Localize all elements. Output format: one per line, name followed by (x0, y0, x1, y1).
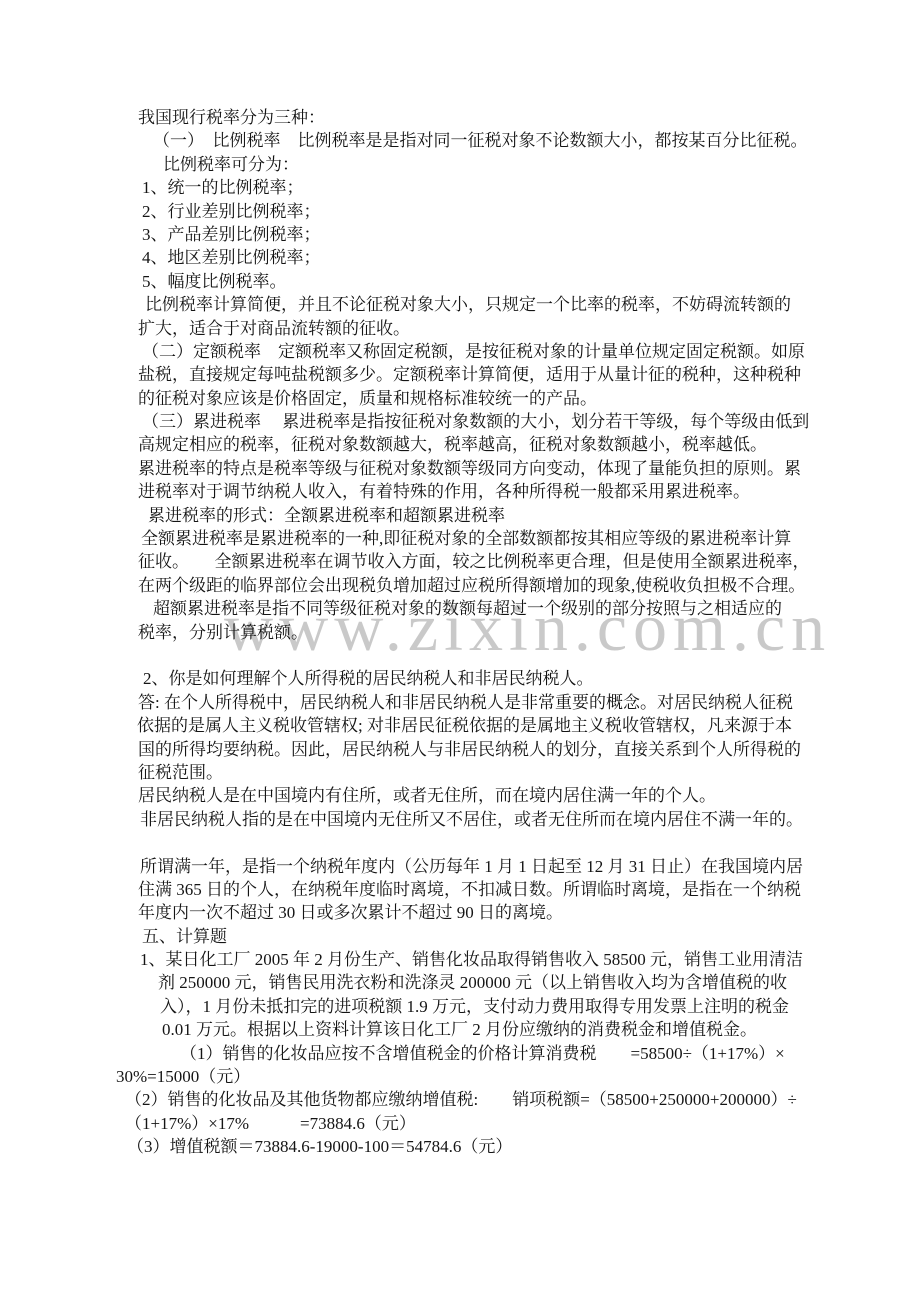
document-text-block: 我国现行税率分为三种：（一） 比例税率 比例税率是是指对同一征税对象不论数额大小… (116, 106, 876, 1159)
text-line: 我国现行税率分为三种： (116, 106, 876, 129)
text-line: （一） 比例税率 比例税率是是指对同一征税对象不论数额大小，都按某百分比征税。 (116, 129, 876, 152)
text-line: 非居民纳税人指的是在中国境内无住所又不居住，或者无住所而在境内居住不满一年的。 (116, 808, 876, 831)
text-line: 的征税对象应该是价格固定，质量和规格标准较统一的产品。 (116, 387, 876, 410)
text-line: 0.01 万元。根据以上资料计算该日化工厂 2 月份应缴纳的消费税金和增值税金。 (116, 1018, 876, 1041)
text-line: 2、你是如何理解个人所得税的居民纳税人和非居民纳税人。 (116, 667, 876, 690)
text-line: 累进税率的形式：全额累进税率和超额累进税率 (116, 504, 876, 527)
text-line (116, 644, 876, 667)
text-line: （1）销售的化妆品应按不含增值税金的价格计算消费税 =58500÷（1+17%）… (116, 1042, 876, 1065)
text-line: （2）销售的化妆品及其他货物都应缴纳增值税: 销项税额=（58500+25000… (116, 1088, 876, 1111)
text-line: 4、地区差别比例税率； (116, 246, 876, 269)
text-line: 高规定相应的税率，征税对象数额越大，税率越高，征税对象数额越小，税率越低。 (116, 433, 876, 456)
text-line: （3）增值税额＝73884.6-19000-100＝54784.6（元） (116, 1135, 876, 1158)
text-line: 全额累进税率是累进税率的一种,即征税对象的全部数额都按其相应等级的累进税率计算 (116, 527, 876, 550)
text-line: 征税范围。 (116, 761, 876, 784)
document-page: www.zixin.com.cn 我国现行税率分为三种：（一） 比例税率 比例税… (0, 0, 920, 1302)
text-line: 扩大，适合于对商品流转额的征收。 (116, 317, 876, 340)
text-line: （三）累进税率 累进税率是指按征税对象数额的大小，划分若干等级，每个等级由低到 (116, 410, 876, 433)
text-line: 在两个级距的临界部位会出现税负增加超过应税所得额增加的现象,使税收负担极不合理。 (116, 574, 876, 597)
text-line: 2、行业差别比例税率； (116, 200, 876, 223)
text-line: 国的所得均要纳税。因此，居民纳税人与非居民纳税人的划分，直接关系到个人所得税的 (116, 738, 876, 761)
text-line: 年度内一次不超过 30 日或多次累计不超过 90 日的离境。 (116, 901, 876, 924)
text-line: 累进税率的特点是税率等级与征税对象数额等级同方向变动，体现了量能负担的原则。累 (116, 457, 876, 480)
text-line: 所谓满一年，是指一个纳税年度内（公历每年 1 月 1 日起至 12 月 31 日… (116, 855, 876, 878)
text-line: 进税率对于调节纳税人收入，有着特殊的作用，各种所得税一般都采用累进税率。 (116, 480, 876, 503)
text-line: 30%=15000（元） (116, 1065, 876, 1088)
text-line: 税率，分别计算税额。 (116, 621, 876, 644)
text-line: 居民纳税人是在中国境内有住所，或者无住所，而在境内居住满一年的个人。 (116, 784, 876, 807)
text-line: 盐税，直接规定每吨盐税额多少。定额税率计算简便，适用于从量计征的税种，这种税种 (116, 363, 876, 386)
text-line: 五、计算题 (116, 925, 876, 948)
text-line: 5、幅度比例税率。 (116, 270, 876, 293)
text-line: 入），1 月份未抵扣完的进项税额 1.9 万元，支付动力费用取得专用发票上注明的… (116, 995, 876, 1018)
text-line: （1+17%）×17% =73884.6（元） (116, 1112, 876, 1135)
text-line: 剂 250000 元，销售民用洗衣粉和洗涤灵 200000 元（以上销售收入均为… (116, 971, 876, 994)
text-line: 征收。 全额累进税率在调节收入方面，较之比例税率更合理，但是使用全额累进税率， (116, 550, 876, 573)
text-line: 比例税率计算简便，并且不论征税对象大小，只规定一个比率的税率，不妨碍流转额的 (116, 293, 876, 316)
text-line (116, 831, 876, 854)
text-line: 比例税率可分为： (116, 153, 876, 176)
text-line: 住满 365 日的个人，在纳税年度临时离境，不扣减日数。所谓临时离境，是指在一个… (116, 878, 876, 901)
text-line: 3、产品差别比例税率； (116, 223, 876, 246)
text-line: 超额累进税率是指不同等级征税对象的数额每超过一个级别的部分按照与之相适应的 (116, 597, 876, 620)
text-line: 答: 在个人所得税中，居民纳税人和非居民纳税人是非常重要的概念。对居民纳税人征税 (116, 691, 876, 714)
text-line: 依据的是属人主义税收管辖权; 对非居民征税依据的是属地主义税收管辖权，凡来源于本 (116, 714, 876, 737)
text-line: 1、统一的比例税率； (116, 176, 876, 199)
text-line: （二）定额税率 定额税率又称固定税额，是按征税对象的计量单位规定固定税额。如原 (116, 340, 876, 363)
text-line: 1、某日化工厂 2005 年 2 月份生产、销售化妆品取得销售收入 58500 … (116, 948, 876, 971)
